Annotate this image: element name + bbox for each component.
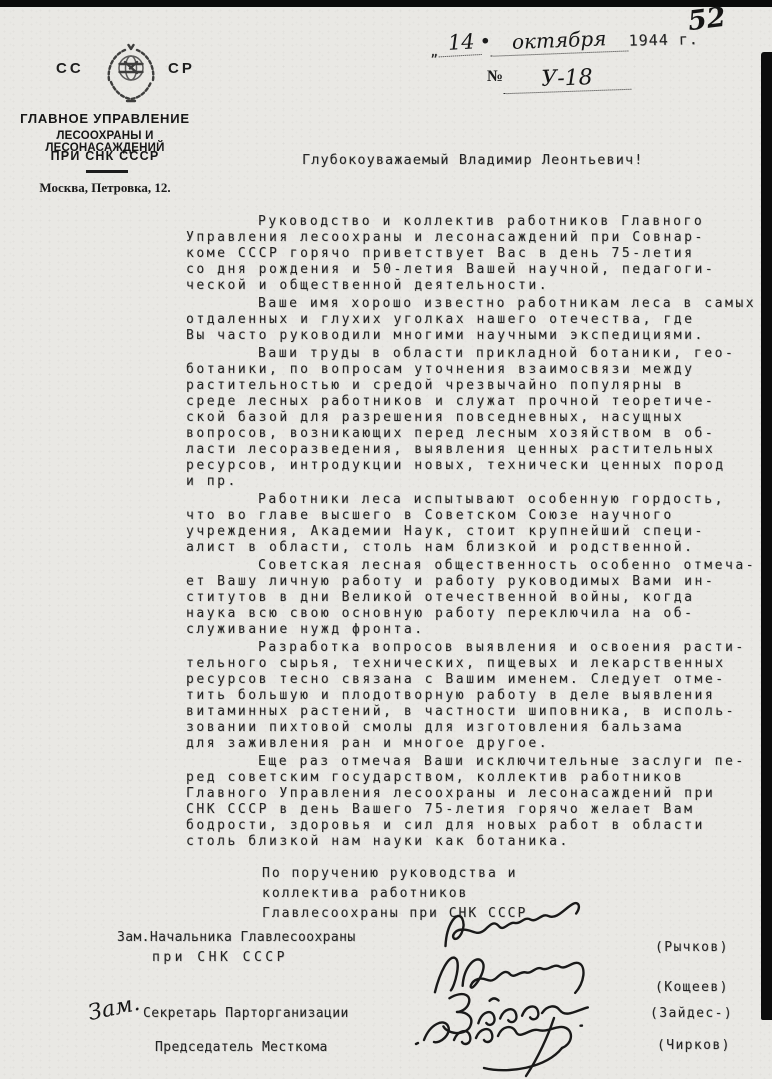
date-line: „14•октября1944 г. [430, 25, 699, 60]
letter-paragraph: Еще раз отмечая Ваши исключительные засл… [186, 754, 760, 850]
scan-edge-top [0, 0, 772, 7]
letterhead-address: Москва, Петровка, 12. [2, 180, 208, 196]
org-name-line3: ПРИ СНК СССР [2, 149, 208, 163]
letter-paragraph: Ваше имя хорошо известно работникам леса… [186, 296, 760, 344]
signer-name-typed: (Зайдес-) [650, 1006, 733, 1021]
letter-body: Руководство и коллектив работников Главн… [186, 214, 760, 852]
emblem-left-text: СС [56, 60, 84, 77]
signer-title: Зам.Начальника Главлесоохраны [117, 930, 356, 945]
scanned-letter-page: 52 СС СР ГЛАВНОЕ УПРАВЛЕНИЕ ЛЕСООХРАНЫ И… [0, 0, 772, 1079]
org-name-line1: ГЛАВНОЕ УПРАВЛЕНИЕ [2, 111, 208, 126]
handwritten-day: 14 [437, 29, 481, 57]
scan-edge-right [761, 52, 772, 1020]
signer-title: Председатель Месткома [155, 1040, 328, 1055]
signer-name-typed: (Кощеев) [655, 980, 729, 995]
signer-title: при СНК СССР [152, 950, 288, 965]
signer-name-typed: (Рычков) [655, 940, 729, 955]
emblem-right-text: СР [168, 60, 195, 77]
letter-paragraph: Ваши труды в области прикладной ботаники… [186, 346, 760, 490]
date-open-quote: „ [430, 45, 438, 60]
letter-paragraph: Разработка вопросов выявления и освоения… [186, 640, 760, 752]
handwritten-document-number: У-18 [503, 64, 632, 94]
number-sign: № [487, 68, 503, 85]
document-number-line: №У-18 [487, 66, 631, 92]
signature-chirkov [408, 1010, 620, 1079]
salutation: Глубокоуважаемый Владимир Леонтьевич! [302, 152, 643, 168]
signer-name-typed: (Чирков) [657, 1038, 731, 1053]
letter-paragraph: Руководство и коллектив работников Главн… [186, 214, 760, 294]
letterhead-divider [86, 170, 128, 173]
letter-paragraph: Работники леса испытывают особенную горд… [186, 492, 760, 556]
year-text: 1944 г. [628, 30, 699, 49]
handwritten-zam-prefix: Зам. [86, 991, 142, 1026]
signer-title: Секретарь Парторганизации [143, 1006, 349, 1021]
ussr-coat-of-arms-icon [99, 42, 163, 106]
handwritten-month: октября [490, 25, 629, 56]
letter-paragraph: Советская лесная общественность особенно… [186, 558, 760, 638]
